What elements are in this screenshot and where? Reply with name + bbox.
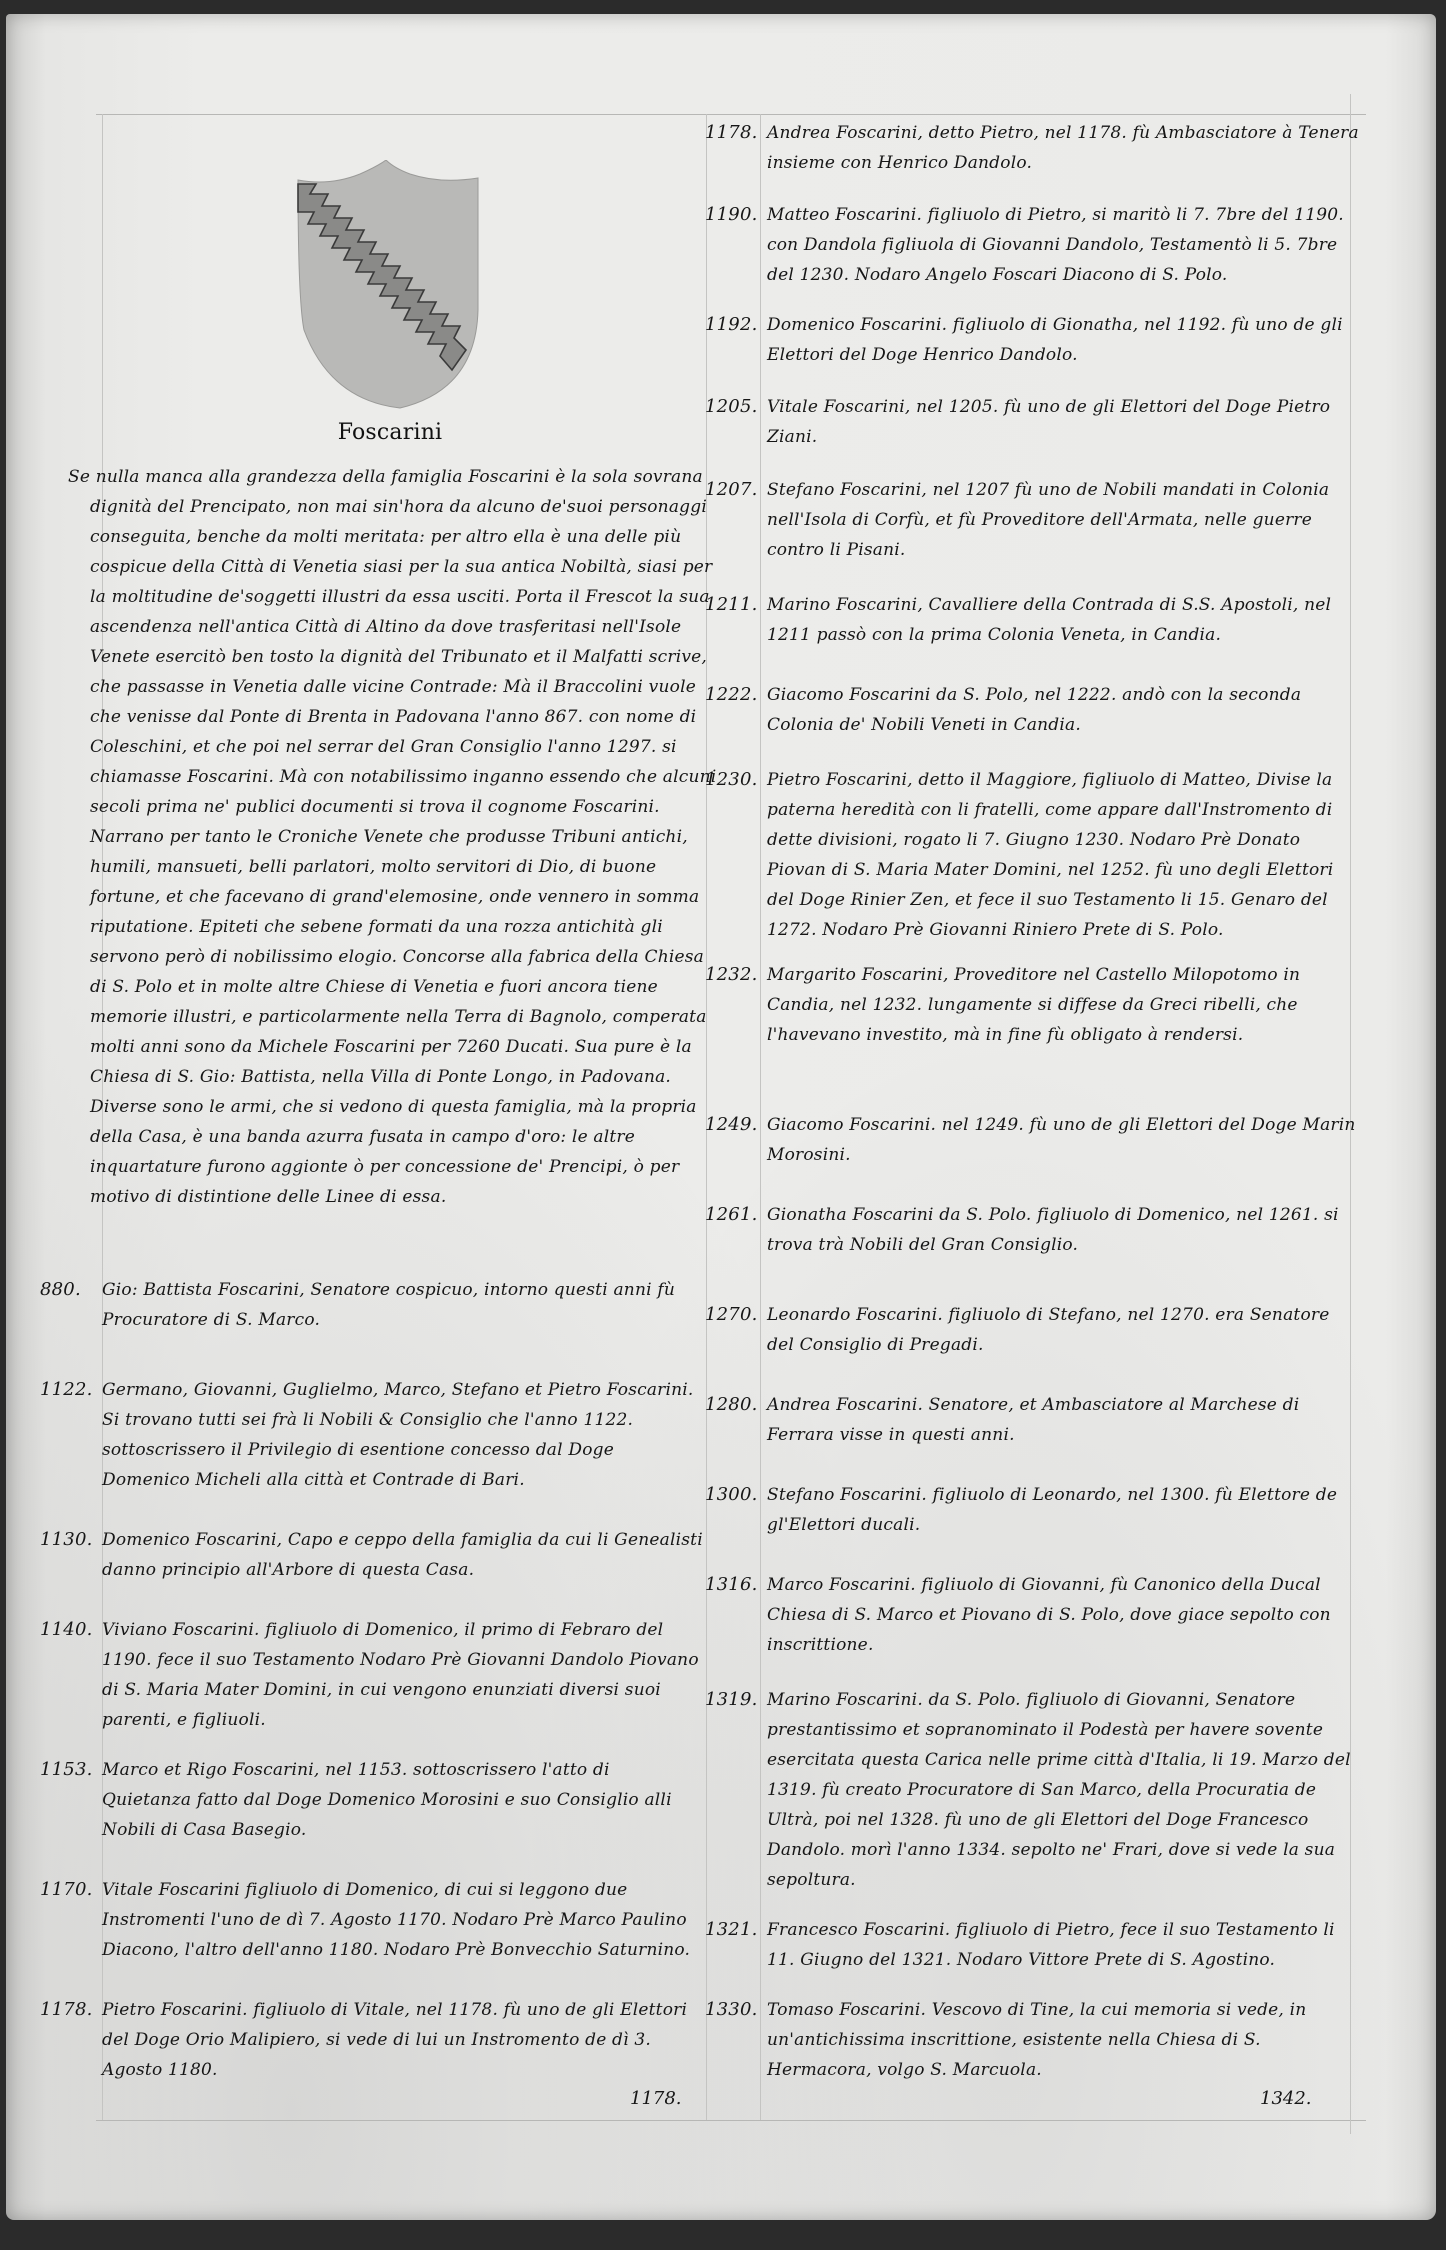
right-entry: 1261. Gionatha Foscarini da S. Polo. fig… [705, 1200, 1360, 1260]
entry-year: 1249. [705, 1110, 767, 1170]
entry-text: Viviano Foscarini. figliuolo di Domenico… [102, 1615, 704, 1735]
entry-text: Marino Foscarini. da S. Polo. figliuolo … [767, 1685, 1360, 1895]
left-entry: 1153. Marco et Rigo Foscarini, nel 1153.… [40, 1755, 704, 1845]
entry-text: Marco Foscarini. figliuolo di Giovanni, … [767, 1570, 1360, 1660]
entry-text: Andrea Foscarini. Senatore, et Ambasciat… [767, 1390, 1360, 1450]
entry-year: 1300. [705, 1480, 767, 1540]
entry-text: Gio: Battista Foscarini, Senatore cospic… [102, 1275, 704, 1335]
coat-of-arms [290, 160, 490, 410]
entry-year: 1261. [705, 1200, 767, 1260]
entry-year: 1222. [705, 680, 767, 740]
entry-year: 1211. [705, 590, 767, 650]
entry-year: 1270. [705, 1300, 767, 1360]
left-entry: 880. Gio: Battista Foscarini, Senatore c… [40, 1275, 704, 1335]
entry-year: 1205. [705, 392, 767, 452]
right-entry: 1211. Marino Foscarini, Cavalliere della… [705, 590, 1360, 650]
entry-text: Marco et Rigo Foscarini, nel 1153. sotto… [102, 1755, 704, 1845]
left-entry: 1130. Domenico Foscarini, Capo e ceppo d… [40, 1525, 704, 1585]
entry-year: 1170. [40, 1875, 102, 1965]
shield-icon [290, 160, 490, 410]
entry-text: Margarito Foscarini, Proveditore nel Cas… [767, 960, 1360, 1050]
intro-text: Se nulla manca alla grandezza della fami… [90, 462, 722, 1212]
entry-text: Stefano Foscarini. figliuolo di Leonardo… [767, 1480, 1360, 1540]
right-entry: 1192. Domenico Foscarini. figliuolo di G… [705, 310, 1360, 370]
entry-text: Giacomo Foscarini da S. Polo, nel 1222. … [767, 680, 1360, 740]
entry-text: Domenico Foscarini. figliuolo di Gionath… [767, 310, 1360, 370]
entry-text: Giacomo Foscarini. nel 1249. fù uno de g… [767, 1110, 1360, 1170]
entry-text: Gionatha Foscarini da S. Polo. figliuolo… [767, 1200, 1360, 1260]
right-entry: 1321. Francesco Foscarini. figliuolo di … [705, 1915, 1360, 1975]
entry-year: 1316. [705, 1570, 767, 1660]
entry-year: 1280. [705, 1390, 767, 1450]
right-entry: 1207. Stefano Foscarini, nel 1207 fù uno… [705, 475, 1360, 565]
entry-year: 1192. [705, 310, 767, 370]
entry-text: Andrea Foscarini, detto Pietro, nel 1178… [767, 118, 1360, 178]
entry-year: 1122. [40, 1375, 102, 1495]
left-entry: 1140. Viviano Foscarini. figliuolo di Do… [40, 1615, 704, 1735]
entry-year: 1319. [705, 1685, 767, 1895]
entry-year: 1207. [705, 475, 767, 565]
entry-year: 1330. [705, 1995, 767, 2085]
right-entry: 1316. Marco Foscarini. figliuolo di Giov… [705, 1570, 1360, 1660]
entry-text: Marino Foscarini, Cavalliere della Contr… [767, 590, 1360, 650]
family-title: Foscarini [290, 418, 490, 448]
top-rule [96, 114, 1366, 115]
entry-text: Vitale Foscarini figliuolo di Domenico, … [102, 1875, 704, 1965]
entry-text: Domenico Foscarini, Capo e ceppo della f… [102, 1525, 704, 1585]
entry-year: 1178. [705, 118, 767, 178]
left-entry: 1170. Vitale Foscarini figliuolo di Dome… [40, 1875, 704, 1965]
entry-year: 880. [40, 1275, 102, 1335]
entry-text: Stefano Foscarini, nel 1207 fù uno de No… [767, 475, 1360, 565]
right-entry: 1232. Margarito Foscarini, Proveditore n… [705, 960, 1360, 1050]
entry-text: Pietro Foscarini. figliuolo di Vitale, n… [102, 1995, 704, 2085]
entry-year: 1178. [40, 1995, 102, 2085]
right-entry: 1300. Stefano Foscarini. figliuolo di Le… [705, 1480, 1360, 1540]
entry-text: Leonardo Foscarini. figliuolo di Stefano… [767, 1300, 1360, 1360]
right-entry: 1230. Pietro Foscarini, detto il Maggior… [705, 765, 1360, 945]
entry-year: 1130. [40, 1525, 102, 1585]
right-entry: 1205. Vitale Foscarini, nel 1205. fù uno… [705, 392, 1360, 452]
left-entry: 1122. Germano, Giovanni, Guglielmo, Marc… [40, 1375, 704, 1495]
entry-year: 1230. [705, 765, 767, 945]
entry-text: Vitale Foscarini, nel 1205. fù uno de gl… [767, 392, 1360, 452]
right-entry: 1319. Marino Foscarini. da S. Polo. figl… [705, 1685, 1360, 1895]
right-entry: 1330. Tomaso Foscarini. Vescovo di Tine,… [705, 1995, 1360, 2085]
entry-text: Francesco Foscarini. figliuolo di Pietro… [767, 1915, 1360, 1975]
left-entry: 1178. Pietro Foscarini. figliuolo di Vit… [40, 1995, 704, 2085]
entry-text: Pietro Foscarini, detto il Maggiore, fig… [767, 765, 1360, 945]
entry-text: Tomaso Foscarini. Vescovo di Tine, la cu… [767, 1995, 1360, 2085]
right-entry: 1178. Andrea Foscarini, detto Pietro, ne… [705, 118, 1360, 178]
left-catchword: 1178. [630, 2088, 682, 2109]
bottom-rule [96, 2120, 1366, 2121]
family-introduction: Se nulla manca alla grandezza della fami… [68, 462, 722, 1212]
right-entry: 1280. Andrea Foscarini. Senatore, et Amb… [705, 1390, 1360, 1450]
right-entry: 1190. Matteo Foscarini. figliuolo di Pie… [705, 200, 1360, 290]
right-catchword: 1342. [1260, 2088, 1312, 2109]
right-entry: 1222. Giacomo Foscarini da S. Polo, nel … [705, 680, 1360, 740]
right-entry: 1249. Giacomo Foscarini. nel 1249. fù un… [705, 1110, 1360, 1170]
entry-year: 1153. [40, 1755, 102, 1845]
entry-year: 1321. [705, 1915, 767, 1975]
entry-text: Germano, Giovanni, Guglielmo, Marco, Ste… [102, 1375, 704, 1495]
entry-text: Matteo Foscarini. figliuolo di Pietro, s… [767, 200, 1360, 290]
entry-year: 1232. [705, 960, 767, 1050]
right-entry: 1270. Leonardo Foscarini. figliuolo di S… [705, 1300, 1360, 1360]
entry-year: 1140. [40, 1615, 102, 1735]
entry-year: 1190. [705, 200, 767, 290]
